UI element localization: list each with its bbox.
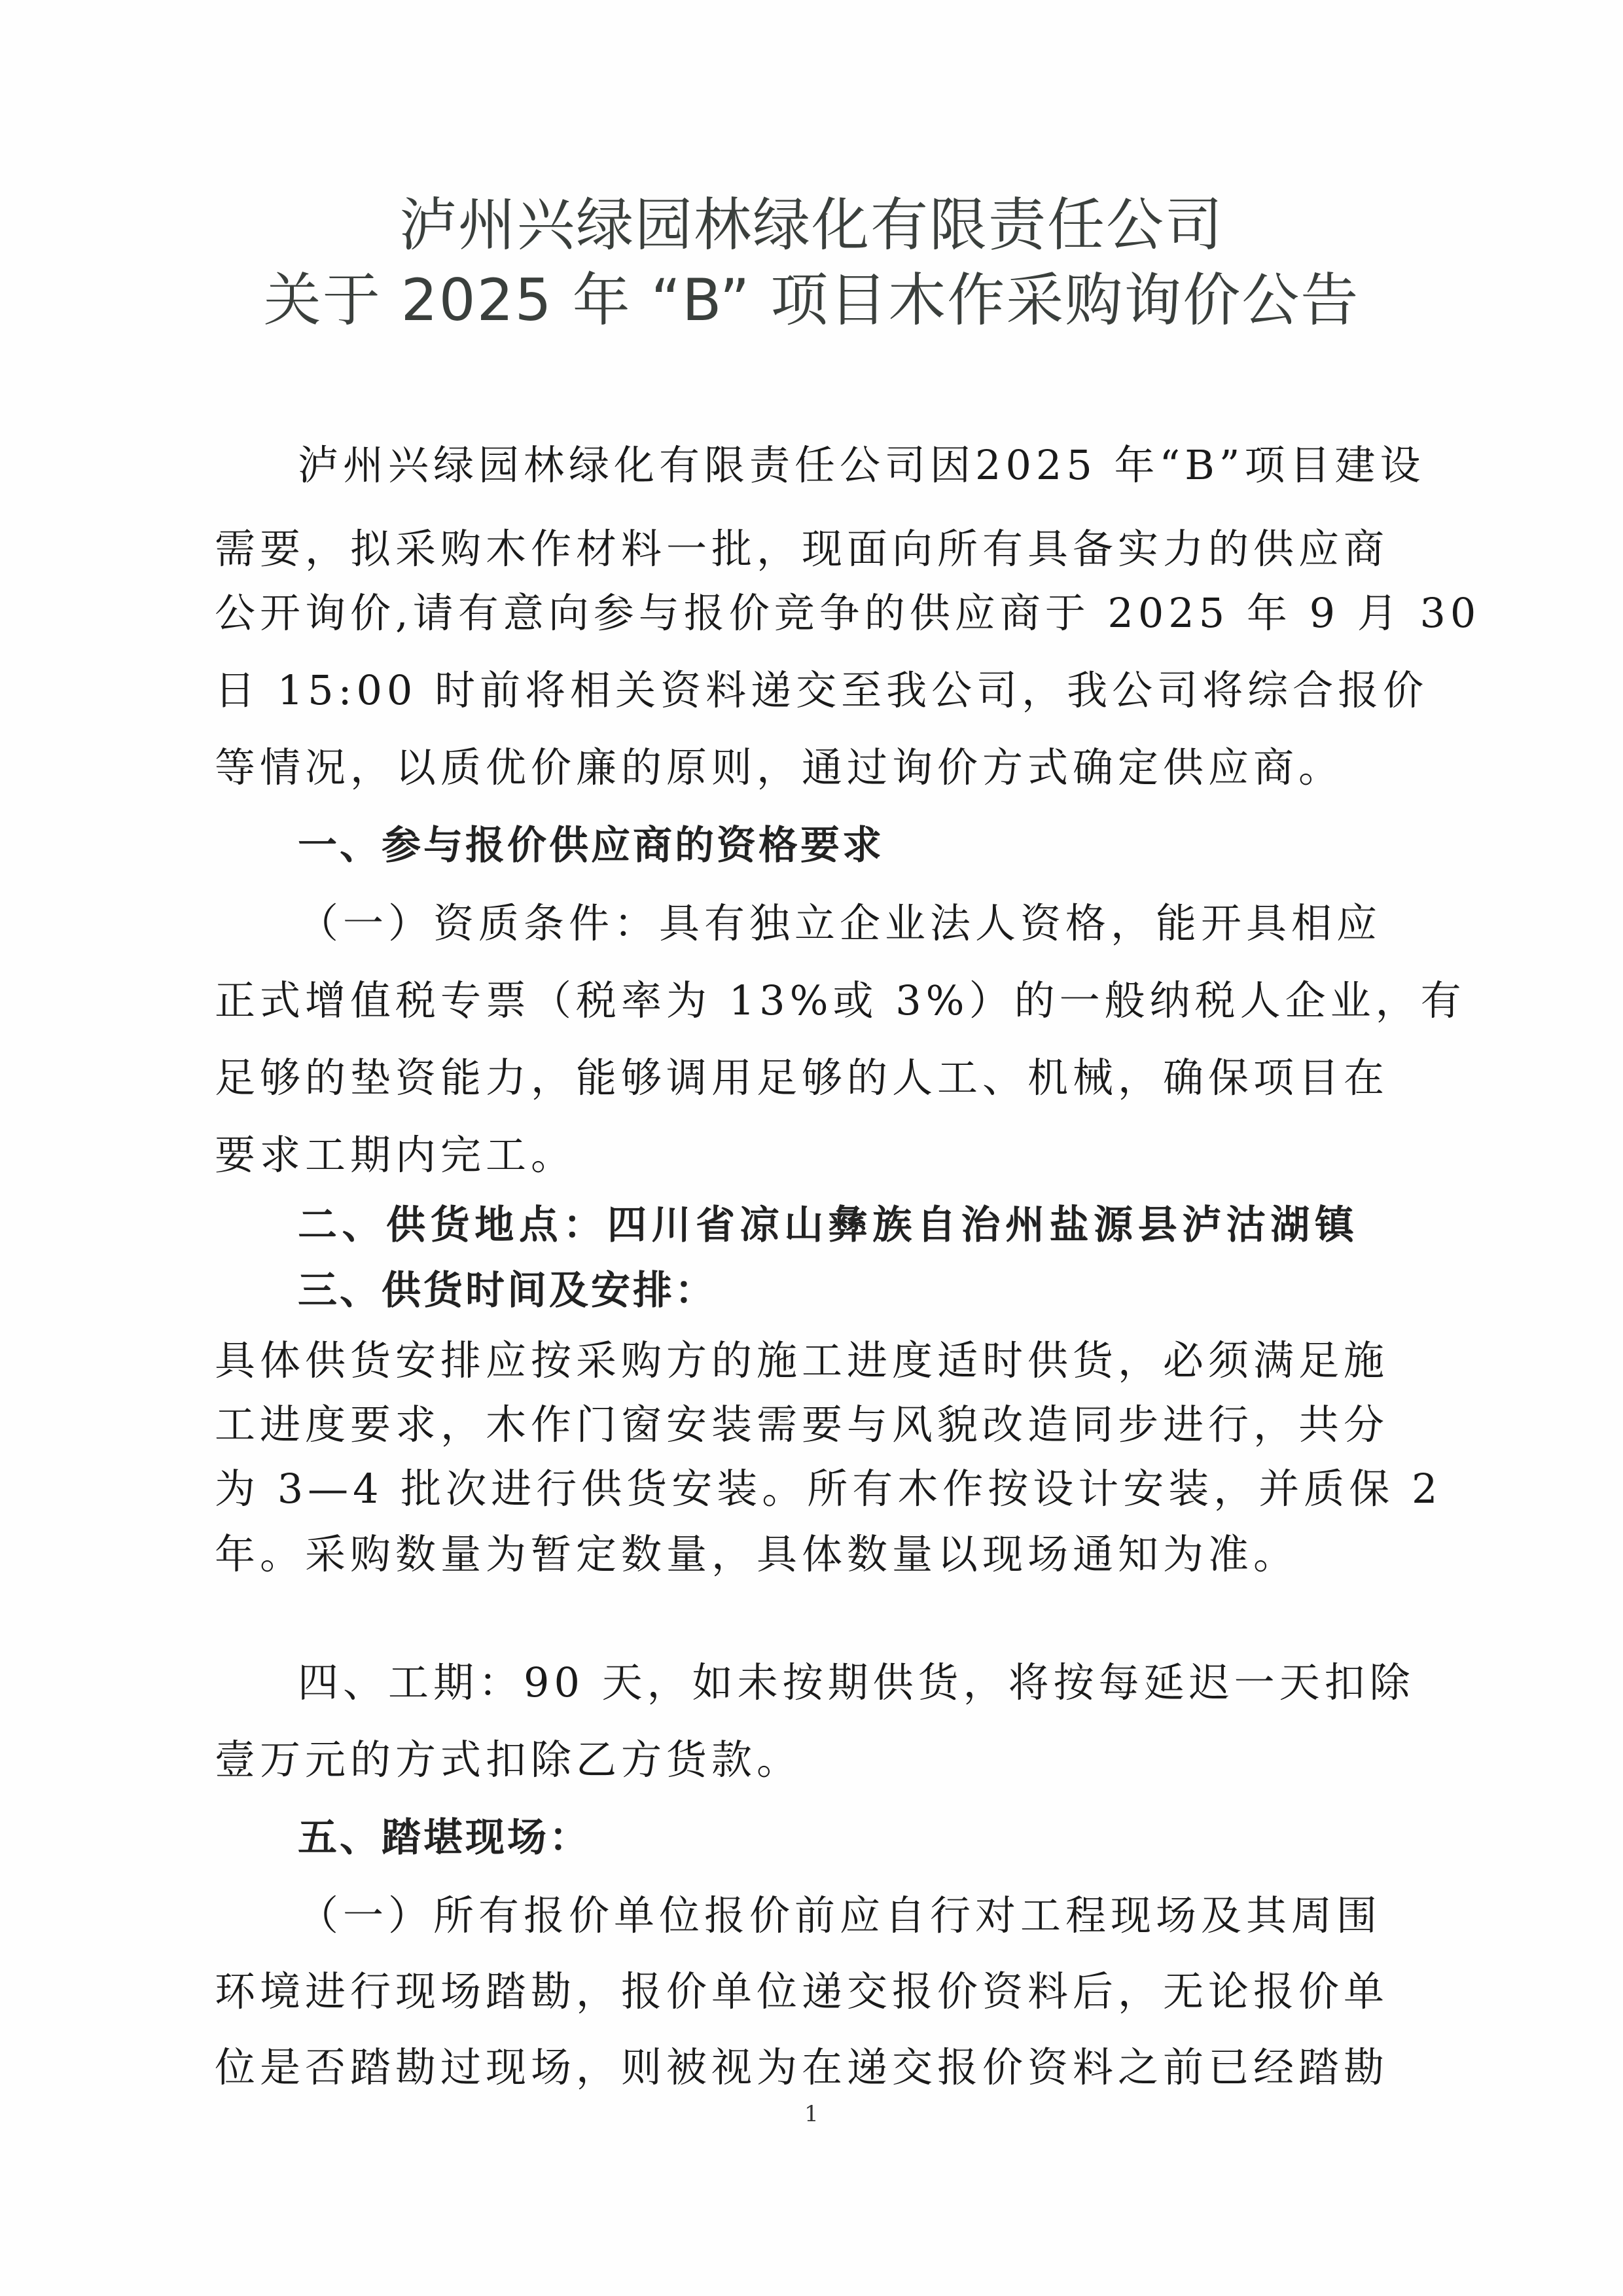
page-number: 1 — [0, 2101, 1623, 2127]
intro-line: 泸州兴绿园林绿化有限责任公司因2025 年“B”项目建设 — [298, 445, 1357, 486]
section-1-line: 正式增值税专票（税率为 13%或 3%）的一般纳税人企业，有 — [215, 980, 1357, 1021]
section-3-line: 年。采购数量为暂定数量，具体数量以现场通知为准。 — [215, 1534, 1357, 1575]
section-1-heading: 一、参与报价供应商的资格要求 — [298, 826, 884, 865]
section-3-line: 工进度要求，木作门窗安装需要与风貌改造同步进行，共分 — [215, 1405, 1357, 1445]
document-title-line-2: 关于 2025 年 “B” 项目木作采购询价公告 — [0, 272, 1623, 329]
section-1-line: （一）资质条件：具有独立企业法人资格，能开具相应 — [298, 903, 1357, 944]
document-title-line-1: 泸州兴绿园林绿化有限责任公司 — [0, 196, 1623, 254]
section-4-line: 壹万元的方式扣除乙方货款。 — [215, 1740, 1357, 1780]
intro-line: 公开询价,请有意向参与报价竞争的供应商于 2025 年 9 月 30 — [215, 593, 1357, 634]
section-4-line: 四、工期：90 天，如未按期供货，将按每延迟一天扣除 — [298, 1662, 1357, 1703]
section-1-line: 足够的垫资能力，能够调用足够的人工、机械，确保项目在 — [215, 1058, 1357, 1098]
section-3-heading: 三、供货时间及安排： — [298, 1271, 717, 1310]
section-1-line: 要求工期内完工。 — [215, 1135, 1357, 1175]
section-3-line: 为 3—4 批次进行供货安装。所有木作按设计安装，并质保 2 — [215, 1469, 1357, 1509]
section-3-line: 具体供货安排应按采购方的施工进度适时供货，必须满足施 — [215, 1340, 1357, 1381]
section-5-line: 位是否踏勘过现场，则被视为在递交报价资料之前已经踏勘 — [215, 2047, 1357, 2088]
section-2-heading: 二、供货地点：四川省凉山彝族自治州盐源县泸沽湖镇 — [298, 1206, 1357, 1245]
intro-line: 等情况，以质优价廉的原则，通过询价方式确定供应商。 — [215, 747, 1357, 788]
section-5-heading: 五、踏堪现场： — [298, 1818, 591, 1857]
section-5-line: 环境进行现场踏勘，报价单位递交报价资料后，无论报价单 — [215, 1971, 1357, 2012]
intro-line: 需要，拟采购木作材料一批，现面向所有具备实力的供应商 — [215, 529, 1357, 569]
document-page: 泸州兴绿园林绿化有限责任公司 关于 2025 年 “B” 项目木作采购询价公告 … — [0, 0, 1623, 2296]
intro-line: 日 15:00 时前将相关资料递交至我公司，我公司将综合报价 — [215, 670, 1357, 711]
section-5-line: （一）所有报价单位报价前应自行对工程现场及其周围 — [298, 1895, 1357, 1936]
